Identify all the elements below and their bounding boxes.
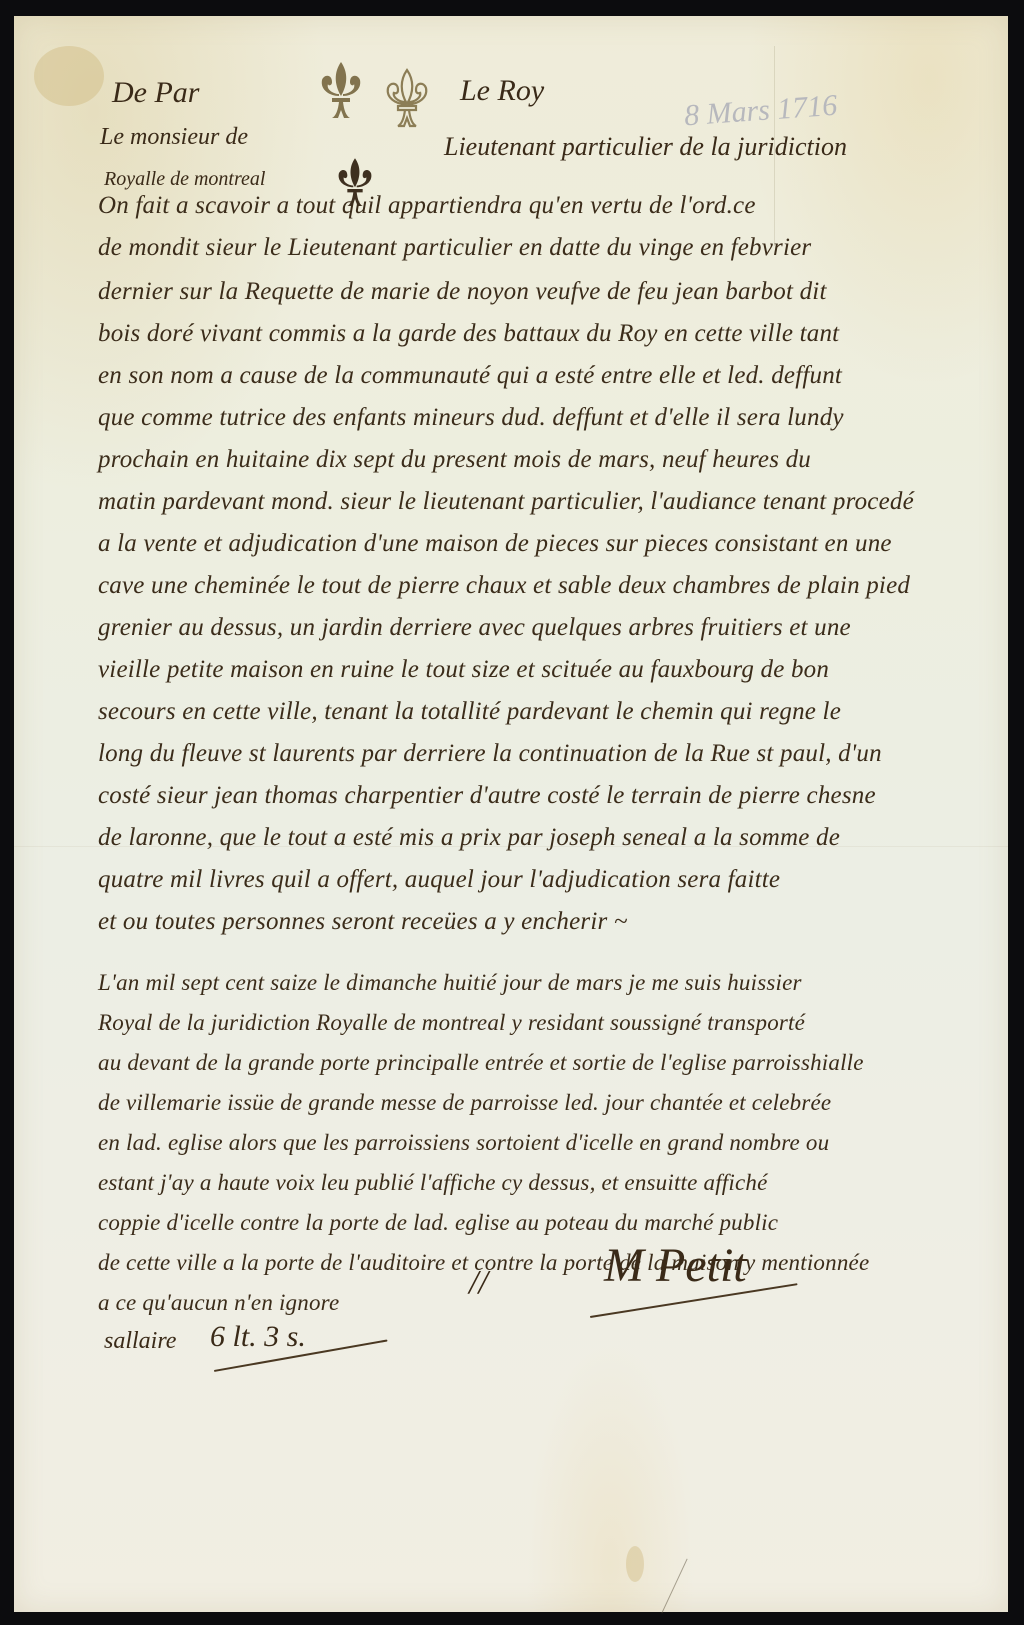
body-line: prochain en huitaine dix sept du present… xyxy=(98,446,811,474)
fleur-de-lis-icon xyxy=(314,60,368,122)
certificate-line: estant j'ay a haute voix leu publié l'af… xyxy=(98,1170,768,1196)
body-line: cave une cheminée le tout de pierre chau… xyxy=(98,572,910,600)
body-line: On fait a scavoir a tout quil appartiend… xyxy=(98,192,756,220)
body-line: quatre mil livres quil a offert, auquel … xyxy=(98,866,780,894)
paper-stain xyxy=(34,46,104,106)
certificate-line: L'an mil sept cent saize le dimanche hui… xyxy=(98,970,802,996)
certificate-line: de villemarie issüe de grande messe de p… xyxy=(98,1090,831,1116)
body-line: costé sieur jean thomas charpentier d'au… xyxy=(98,782,876,810)
body-line: dernier sur la Requette de marie de noyo… xyxy=(98,278,827,306)
paper-stain xyxy=(626,1546,644,1582)
body-line: vieille petite maison en ruine le tout s… xyxy=(98,656,829,684)
body-line: a la vente et adjudication d'une maison … xyxy=(98,530,892,558)
body-line: de laronne, que le tout a esté mis a pri… xyxy=(98,824,840,852)
certificate-line: en lad. eglise alors que les parroissien… xyxy=(98,1130,829,1156)
certificate-line: au devant de la grande porte principalle… xyxy=(98,1050,864,1076)
paraph-mark: // xyxy=(469,1264,488,1302)
body-line: grenier au dessus, un jardin derriere av… xyxy=(98,614,851,642)
paper-tear xyxy=(661,1559,687,1614)
signature: M Petit xyxy=(604,1238,747,1293)
body-line: de mondit sieur le Lieutenant particulie… xyxy=(98,234,811,262)
archival-date-annotation: 8 Mars 1716 xyxy=(683,89,838,134)
body-line: bois doré vivant commis a la garde des b… xyxy=(98,320,839,348)
header-lieutenant: Lieutenant particulier de la juridiction xyxy=(444,132,847,162)
fee-label: sallaire xyxy=(104,1328,176,1355)
body-line: que comme tutrice des enfants mineurs du… xyxy=(98,404,844,432)
fleur-de-lis-icon xyxy=(380,68,434,130)
header-de-par: De Par xyxy=(112,76,199,110)
certificate-line: coppie d'icelle contre la porte de lad. … xyxy=(98,1210,778,1236)
header-monsieur: Le monsieur de xyxy=(100,124,248,151)
body-line: et ou toutes personnes seront receües a … xyxy=(98,908,628,936)
certificate-line: Royal de la juridiction Royalle de montr… xyxy=(98,1010,805,1036)
header-royalle-montreal: Royalle de montreal xyxy=(104,168,265,191)
fee-amount: 6 lt. 3 s. xyxy=(210,1320,306,1354)
body-line: long du fleuve st laurents par derriere … xyxy=(98,740,882,768)
body-line: matin pardevant mond. sieur le lieutenan… xyxy=(98,488,914,516)
body-line: secours en cette ville, tenant la totall… xyxy=(98,698,841,726)
body-line: en son nom a cause de la communauté qui … xyxy=(98,362,842,390)
certificate-line: a ce qu'aucun n'en ignore xyxy=(98,1290,339,1316)
header-le-roy: Le Roy xyxy=(460,74,544,108)
manuscript-page: De Par Le Roy 8 Mars 1716 Le monsieur de… xyxy=(14,16,1008,1612)
